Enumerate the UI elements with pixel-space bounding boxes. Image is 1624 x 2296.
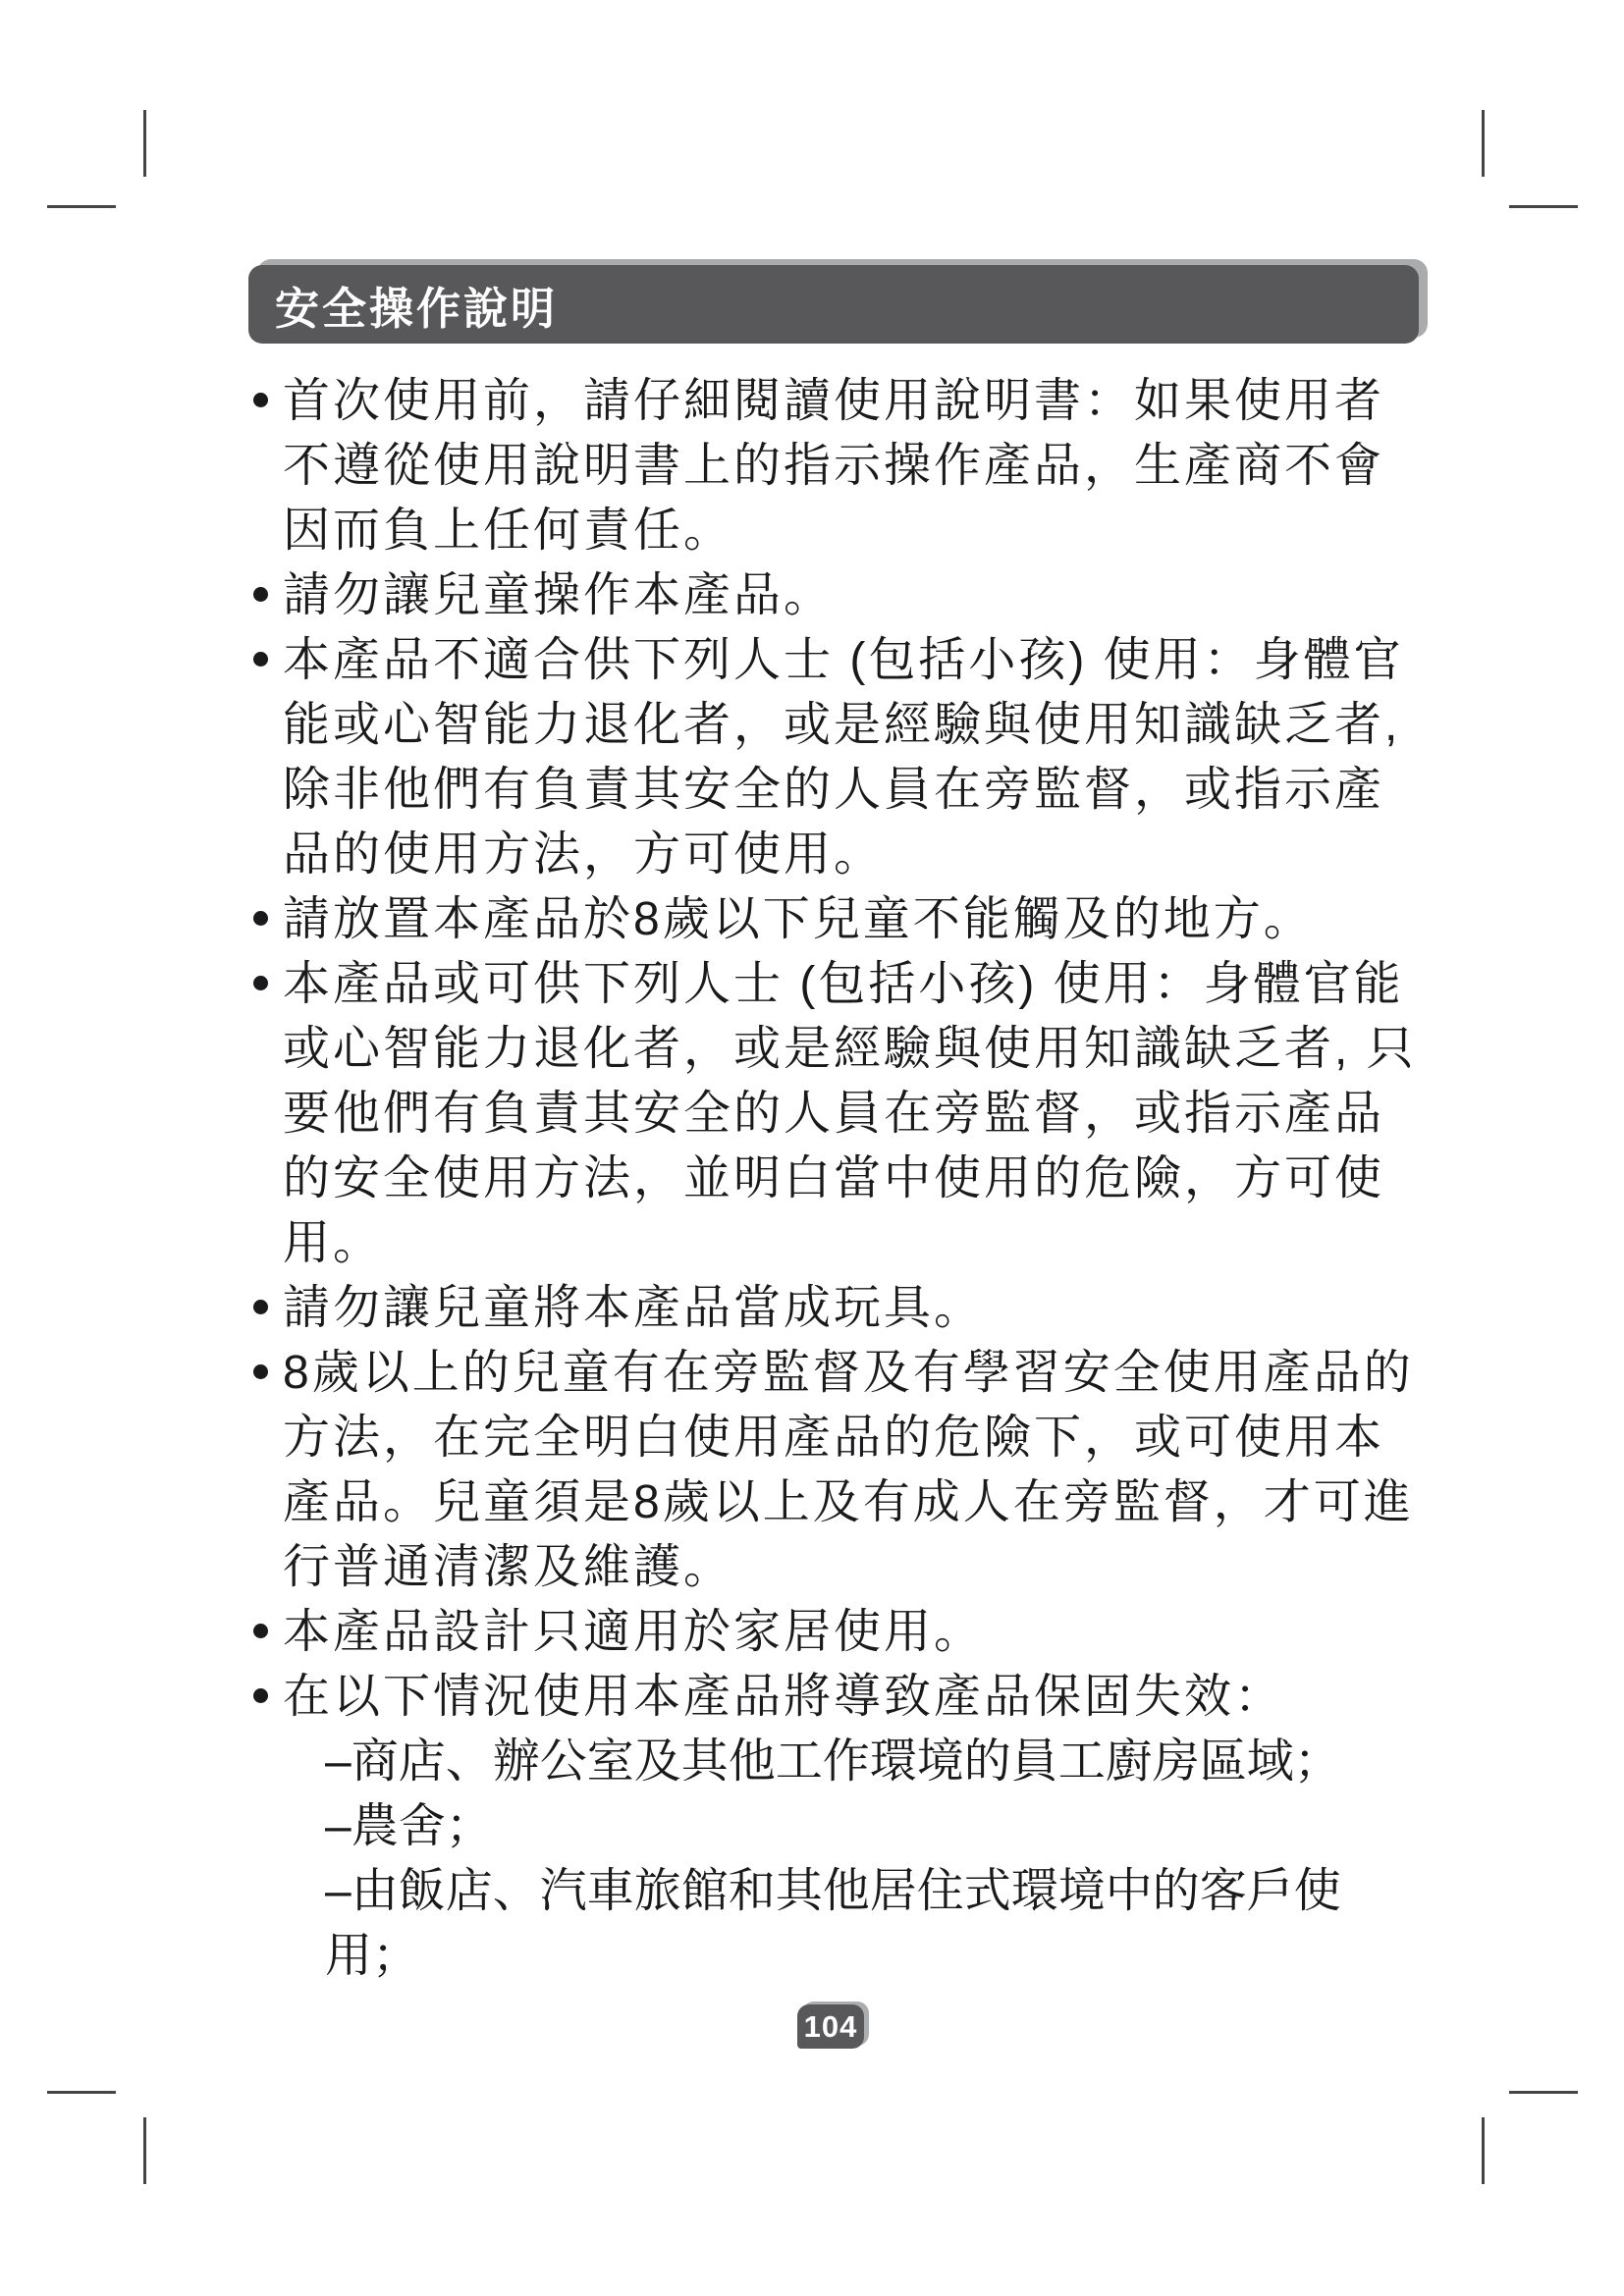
crop-mark-top-left-horizontal: [47, 205, 116, 208]
safety-instruction-item: 請勿讓兒童操作本產品。: [241, 563, 1422, 628]
section-title: 安全操作說明: [248, 273, 558, 337]
safety-instruction-item: 本產品不適合供下列人士 (包括小孩) 使用：身體官能或心智能力退化者，或是經驗與…: [241, 628, 1422, 887]
page-number-badge: 104: [797, 2004, 864, 2049]
crop-mark-bottom-left-vertical: [143, 2117, 146, 2184]
crop-mark-top-right-vertical: [1482, 110, 1485, 177]
safety-instructions-list: 首次使用前，請仔細閱讀使用說明書：如果使用者不遵從使用說明書上的指示操作產品，生…: [241, 369, 1434, 1989]
safety-instruction-item: 本產品設計只適用於家居使用。: [241, 1600, 1422, 1665]
safety-instruction-item: 本產品或可供下列人士 (包括小孩) 使用：身體官能或心智能力退化者，或是經驗與使…: [241, 952, 1422, 1276]
safety-instruction-subitem: –由飯店、汽車旅館和其他居住式環境中的客戶使用；: [325, 1859, 1430, 1989]
safety-instruction-item: 在以下情況使用本產品將導致產品保固失效：: [241, 1665, 1422, 1730]
safety-instruction-item: 首次使用前，請仔細閱讀使用說明書：如果使用者不遵從使用說明書上的指示操作產品，生…: [241, 369, 1422, 563]
crop-mark-top-right-horizontal: [1509, 205, 1578, 208]
safety-instruction-subitem: –商店、辦公室及其他工作環境的員工廚房區域；: [325, 1730, 1430, 1794]
crop-mark-bottom-right-horizontal: [1509, 2091, 1578, 2094]
crop-mark-top-left-vertical: [143, 110, 146, 177]
section-header-bar: 安全操作說明: [248, 265, 1419, 344]
safety-instruction-item: 請放置本產品於8歲以下兒童不能觸及的地方。: [241, 887, 1422, 952]
page-number: 104: [804, 2009, 858, 2045]
safety-instruction-item: 請勿讓兒童將本產品當成玩具。: [241, 1276, 1422, 1341]
crop-mark-bottom-right-vertical: [1482, 2117, 1485, 2184]
safety-instruction-subitem: –農舍；: [325, 1794, 1430, 1859]
crop-mark-bottom-left-horizontal: [47, 2091, 116, 2094]
safety-instruction-item: 8歲以上的兒童有在旁監督及有學習安全使用產品的方法，在完全明白使用產品的危險下，…: [241, 1341, 1422, 1600]
